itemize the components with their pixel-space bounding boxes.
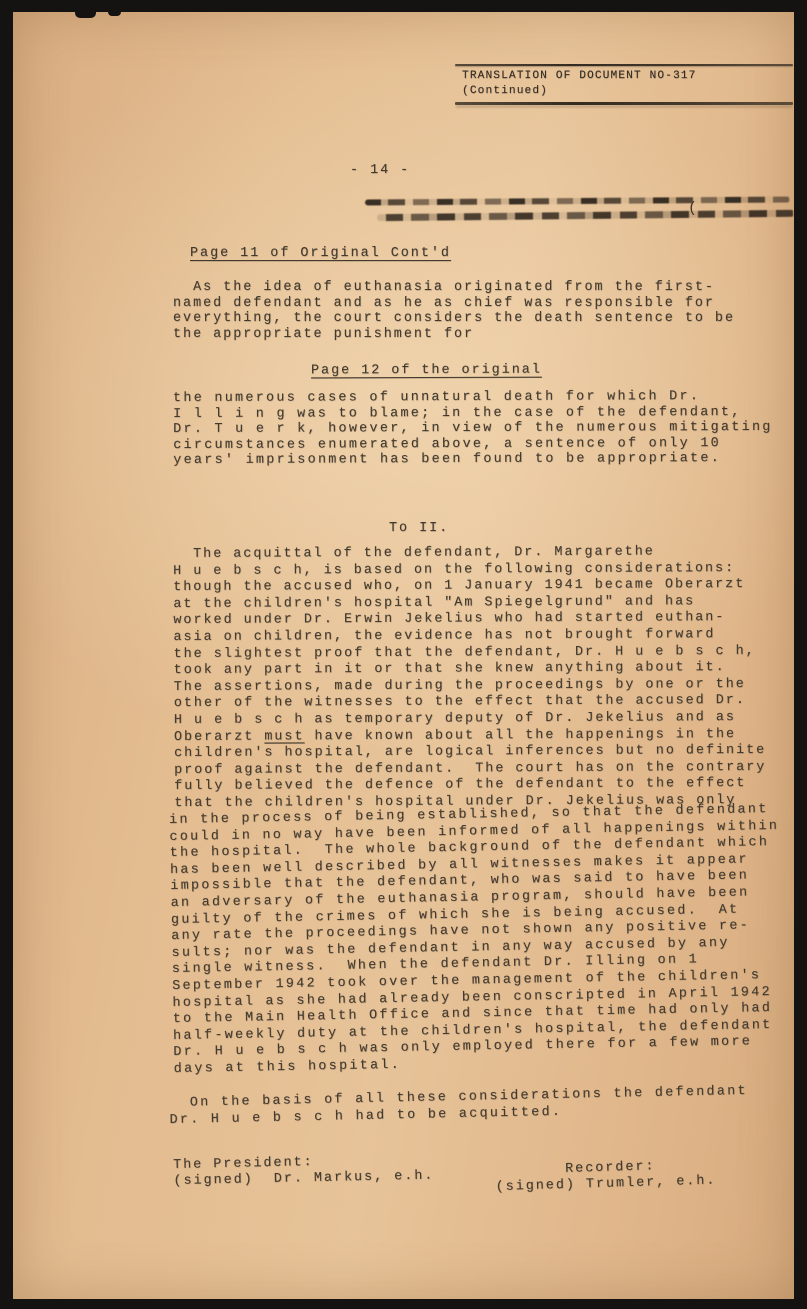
text-line: Dr. T u e r k, however, in view of the n… (173, 420, 773, 438)
paragraph-acquittal-part2: in the process of being established, so … (169, 802, 784, 1079)
header-doc-ref: TRANSLATION OF DOCUMENT NO-317 (462, 69, 793, 84)
text-line: everything, the court considers the deat… (173, 311, 735, 327)
header-bottom-rule (455, 102, 793, 104)
header-continued: (Continued) (462, 84, 793, 99)
paragraph-closing: On the basis of all these considerations… (169, 1084, 748, 1129)
document-header: TRANSLATION OF DOCUMENT NO-317 (Continue… (455, 64, 793, 105)
paragraph-page11-cont: As the idea of euthanasia originated fro… (173, 280, 735, 342)
heading-page-12: Page 12 of the original (311, 363, 542, 379)
paragraph-acquittal-part1: The acquittal of the defendant, Dr. Marg… (173, 544, 766, 813)
smear-line (365, 197, 790, 206)
strikeout-smudge: ( (363, 191, 794, 227)
screenshot-root: { "colors": { "background": "#151311", "… (0, 0, 807, 1309)
page-number: - 14 - (350, 163, 410, 179)
text-line: the numerous cases of unnatural death fo… (173, 389, 773, 407)
paragraph-page12: the numerous cases of unnatural death fo… (173, 389, 773, 469)
text-line: the appropriate punishment for (173, 327, 735, 343)
signature-recorder: Recorder: (signed) Trumler, e.h. (495, 1157, 717, 1195)
heading-to-ii: To II. (389, 521, 449, 537)
text-line: named defendant and as he as chief was r… (173, 296, 735, 312)
strikeout-glyph: ( (688, 200, 697, 217)
document-page: TRANSLATION OF DOCUMENT NO-317 (Continue… (13, 12, 794, 1299)
heading-page-11: Page 11 of Original Cont'd (190, 246, 451, 262)
smear-line (377, 210, 794, 221)
text-line: years' imprisonment has been found to be… (173, 451, 773, 469)
text-line: As the idea of euthanasia originated fro… (173, 280, 735, 296)
paper-edge-notch (108, 11, 121, 16)
paper-edge-notch (75, 11, 96, 18)
signature-president: The President: (signed) Dr. Markus, e.h. (173, 1153, 435, 1189)
